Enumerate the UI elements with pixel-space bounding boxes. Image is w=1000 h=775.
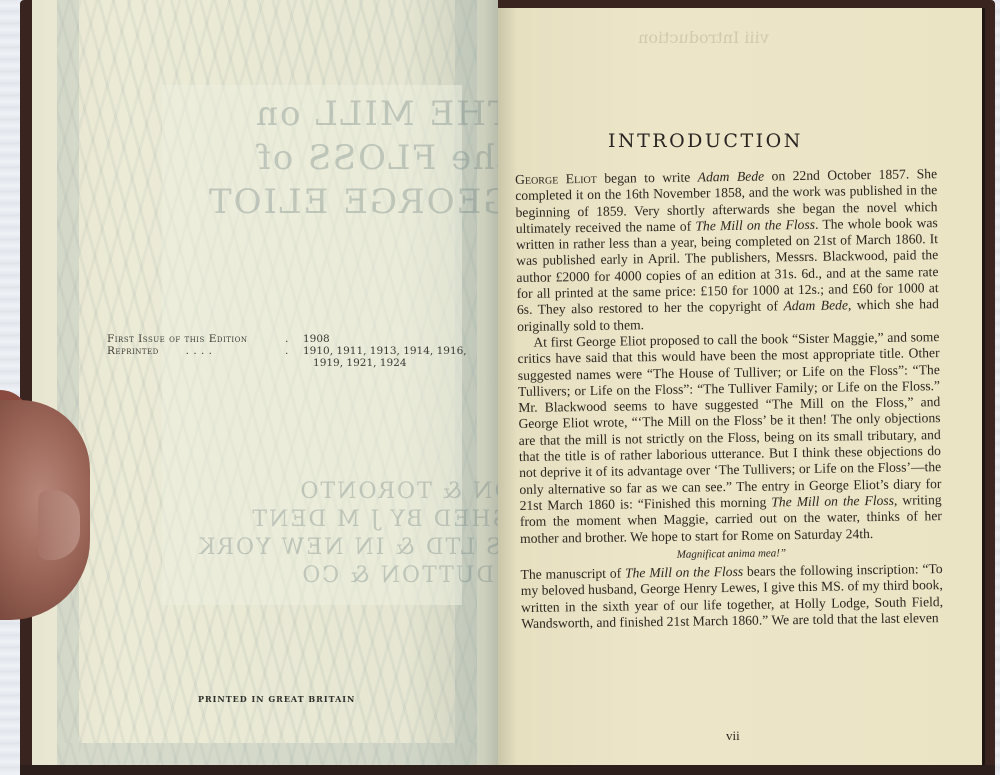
page-title: INTRODUCTION <box>608 130 803 152</box>
show-through-line: & SONS LTD & IN NEW YORK <box>197 534 498 562</box>
show-through-imprint: LONDON & TORONTO PUBLISHED BY J M DENT &… <box>197 478 498 590</box>
paragraph-1: George Eliot began to write Adam Bede on… <box>515 166 939 335</box>
left-page-frontispiece: THE MILL on the FLOSS of GEORGE ELIOT LO… <box>32 0 498 765</box>
book-title: The Mill on the Floss <box>771 493 894 510</box>
thumbnail <box>38 490 80 560</box>
show-through-line: BY E P DUTTON & CO <box>197 562 498 590</box>
first-issue-label: First Issue of this Edition <box>107 333 285 345</box>
book-title: The Mill on the Floss <box>625 564 743 581</box>
book-title: The Mill on the Floss <box>695 217 815 234</box>
paragraph-3: The manuscript of The Mill on the Floss … <box>521 561 944 632</box>
paragraph-2: At first George Eliot proposed to call t… <box>517 329 942 547</box>
text-run: At first George Eliot proposed to call t… <box>518 329 942 513</box>
book-title: Adam Bede <box>698 169 765 185</box>
first-issue-row: First Issue of this Edition . 1908 <box>107 333 473 345</box>
reprinted-years: 1910, 1911, 1913, 1914, 1916, 1919, 1921… <box>303 345 473 369</box>
leader-dot: . <box>285 345 303 369</box>
text-run: began to write <box>597 169 698 185</box>
printer-note: PRINTED IN GREAT BRITAIN <box>198 694 355 704</box>
show-through-line: PUBLISHED BY J M DENT <box>197 506 498 534</box>
right-page-introduction: viii Introduction INTRODUCTION George El… <box>498 8 985 766</box>
first-issue-year: 1908 <box>303 333 473 345</box>
show-through-line: GEORGE ELIOT <box>207 180 498 224</box>
page-number: vii <box>726 728 740 744</box>
reprinted-row: Reprinted . . . . . 1910, 1911, 1913, 19… <box>107 345 473 369</box>
text-run: The manuscript of <box>521 566 626 582</box>
author-name: George Eliot <box>515 171 597 187</box>
show-through-title: THE MILL on the FLOSS of GEORGE ELIOT <box>207 92 498 224</box>
reprinted-label-text: Reprinted <box>107 345 159 357</box>
leader-dot: . <box>285 333 303 345</box>
introduction-body: George Eliot began to write Adam Bede on… <box>515 166 943 632</box>
reprinted-label: Reprinted . . . . <box>107 345 285 369</box>
book-title: Adam Bede <box>783 298 848 314</box>
reprinted-years-line: 1910, 1911, 1913, 1914, 1916, <box>303 345 467 357</box>
leader-dots: . . . . <box>186 345 213 357</box>
book-edge-shadow <box>20 765 995 775</box>
show-through-line: the FLOSS of <box>207 136 498 180</box>
show-through-running-head: viii Introduction <box>638 28 769 47</box>
reprinted-years-line: 1919, 1921, 1924 <box>313 357 407 369</box>
edition-history: First Issue of this Edition . 1908 Repri… <box>107 333 473 369</box>
show-through-line: LONDON & TORONTO <box>197 478 498 506</box>
show-through-line: THE MILL on <box>207 92 498 136</box>
